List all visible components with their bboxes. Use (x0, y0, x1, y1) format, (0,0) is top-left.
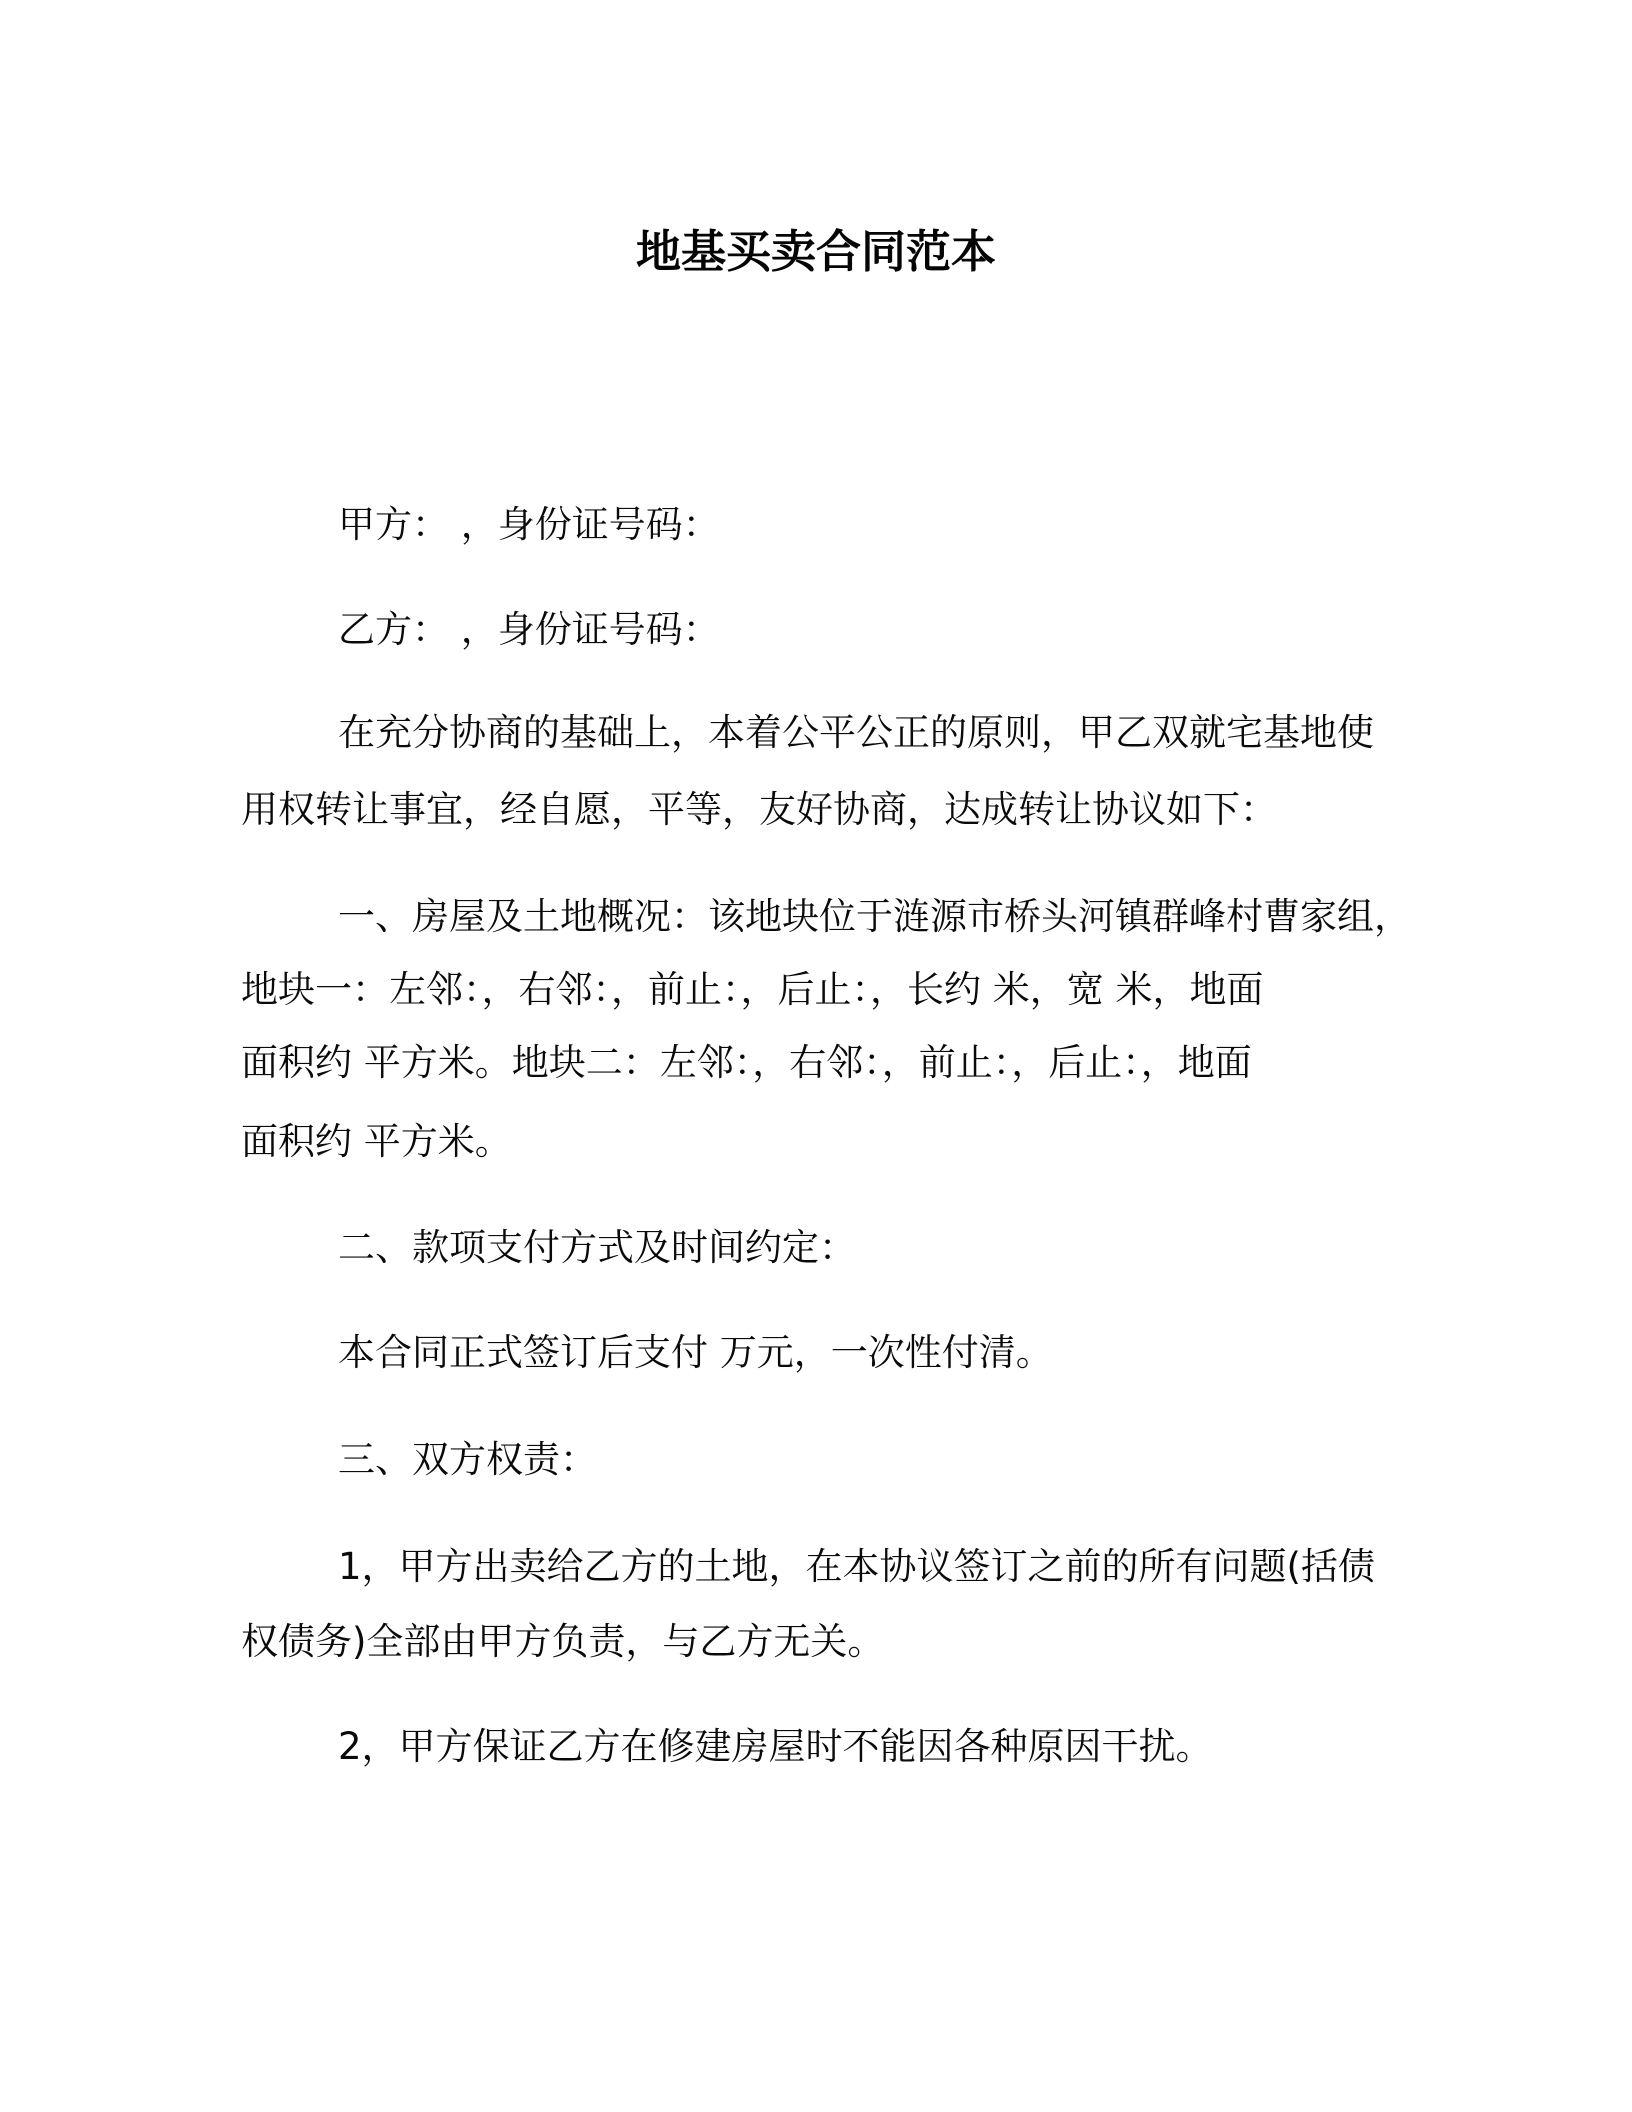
section-2-body: 本合同正式签订后支付 万元，一次性付清。 (338, 1328, 1053, 1378)
document-page: 地基买卖合同范本 甲方： ，身份证号码： 乙方： ，身份证号码： 在充分协商的基… (0, 0, 1632, 2112)
preamble-line-1: 在充分协商的基础上，本着公平公正的原则，甲乙双就宅基地使 (338, 708, 1374, 758)
section-1-line-4: 面积约 平方米。 (241, 1117, 512, 1167)
section-1-line-3: 面积约 平方米。地块二：左邻：，右邻：，前止：，后止：，地面 (241, 1038, 1252, 1088)
section-1-line-2: 地块一：左邻：，右邻：，前止：，后止：，长约 米，宽 米，地面 (241, 965, 1264, 1015)
section-3-heading: 三、双方权责： (338, 1435, 597, 1485)
section-3-item-1-line-2: 权债务)全部由甲方负责，与乙方无关。 (241, 1617, 884, 1667)
section-2-heading: 二、款项支付方式及时间约定： (338, 1223, 856, 1273)
document-title: 地基买卖合同范本 (0, 222, 1632, 282)
section-3-item-1-line-1: 1，甲方出卖给乙方的土地，在本协议签订之前的所有问题(括债 (338, 1542, 1375, 1592)
party-a-line: 甲方： ，身份证号码： (338, 500, 720, 550)
section-1-line-1: 一、房屋及土地概况：该地块位于涟源市桥头河镇群峰村曹家组， (338, 892, 1411, 942)
preamble-line-2: 用权转让事宜，经自愿，平等，友好协商，达成转让协议如下： (241, 785, 1277, 835)
party-b-line: 乙方： ，身份证号码： (338, 605, 720, 655)
section-3-item-2: 2，甲方保证乙方在修建房屋时不能因各种原因干扰。 (338, 1722, 1213, 1772)
